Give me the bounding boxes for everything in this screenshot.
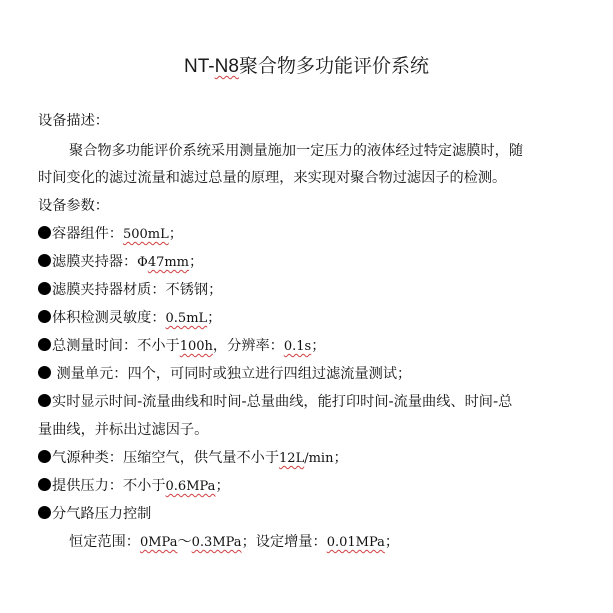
punct: ； bbox=[333, 450, 347, 466]
param-value: 47mm bbox=[148, 255, 189, 270]
param-label: 提供压力： bbox=[52, 478, 123, 494]
param-label: 总测量时间： bbox=[52, 338, 137, 354]
description-line-1: 聚合物多功能评价系统采用测量施加一定压力的液体经过特定滤膜时，随 bbox=[69, 142, 523, 160]
param-container: 容器组件：500mL； bbox=[38, 225, 183, 244]
bullet-icon bbox=[38, 282, 51, 295]
param-text: 压缩空气，供气量不小于 bbox=[123, 450, 279, 466]
param-value-resolution: 0.1s bbox=[284, 339, 311, 354]
param-label: 容器组件： bbox=[52, 226, 123, 242]
bullet-icon bbox=[38, 478, 51, 491]
param-text: ，分辨率： bbox=[213, 338, 284, 354]
param-label: 恒定范围： bbox=[69, 534, 140, 550]
punct: ； bbox=[189, 254, 203, 270]
param-text: 实时显示时间-流量曲线和时间-总量曲线，能打印时间-流量曲线、时间-总 bbox=[52, 394, 512, 410]
param-label: 滤膜夹持器： bbox=[52, 254, 137, 270]
param-label: 测量单元： bbox=[52, 366, 127, 382]
param-pressure: 提供压力：不小于0.6MPa； bbox=[38, 477, 230, 496]
punct: ； bbox=[207, 310, 221, 326]
param-total-time: 总测量时间：不小于100h，分辨率：0.1s； bbox=[38, 337, 325, 356]
param-unit: /min bbox=[304, 451, 333, 466]
param-display-line-2: 量曲线，并标出过滤因子。 bbox=[38, 421, 208, 439]
param-value: 12L bbox=[279, 451, 304, 466]
bullet-icon bbox=[38, 450, 51, 463]
param-range: 恒定范围：0MPa～0.3MPa；设定增量：0.01MPa； bbox=[69, 533, 399, 552]
bullet-icon bbox=[38, 506, 51, 519]
param-text: 不小于 bbox=[123, 478, 166, 494]
bullet-icon bbox=[38, 254, 51, 267]
title-name: 聚合物多功能评价系统 bbox=[239, 56, 429, 77]
param-value: 100h bbox=[180, 339, 213, 354]
punct: ； bbox=[311, 338, 325, 354]
document-title: NT-N8聚合物多功能评价系统 bbox=[0, 51, 613, 78]
param-holder: 滤膜夹持器：Φ47mm； bbox=[38, 253, 203, 272]
params-heading: 设备参数： bbox=[38, 197, 109, 215]
param-holder-material: 滤膜夹持器材质：不锈钢； bbox=[38, 281, 222, 299]
param-label: 体积检测灵敏度： bbox=[52, 310, 166, 326]
range-separator: ～ bbox=[177, 534, 191, 550]
param-value: 0.5mL bbox=[166, 311, 208, 326]
punct: ； bbox=[215, 478, 229, 494]
param-text: 不小于 bbox=[137, 338, 180, 354]
param-branch: 分气路压力控制 bbox=[38, 505, 151, 523]
punct: ； bbox=[385, 534, 399, 550]
param-label: 分气路压力控制 bbox=[52, 506, 151, 522]
bullet-icon bbox=[38, 226, 51, 239]
bullet-icon bbox=[38, 310, 51, 323]
param-label: 滤膜夹持器材质： bbox=[52, 282, 166, 298]
param-value: 500mL bbox=[123, 227, 169, 242]
phi-symbol: Φ bbox=[137, 255, 148, 270]
punct: ； bbox=[169, 226, 183, 242]
title-prefix: NT- bbox=[184, 56, 215, 77]
bullet-icon bbox=[38, 338, 51, 351]
param-value: 不锈钢； bbox=[166, 282, 223, 298]
bullet-icon bbox=[38, 394, 51, 407]
range-min: 0MPa bbox=[140, 535, 178, 550]
description-heading: 设备描述： bbox=[38, 112, 109, 130]
param-display-line-1: 实时显示时间-流量曲线和时间-总量曲线，能打印时间-流量曲线、时间-总 bbox=[38, 393, 512, 411]
param-gas: 气源种类：压缩空气，供气量不小于12L/min； bbox=[38, 449, 348, 468]
range-max: 0.3MPa bbox=[192, 535, 242, 550]
increment-value: 0.01MPa bbox=[327, 535, 385, 550]
param-label: 气源种类： bbox=[52, 450, 123, 466]
param-units: 测量单元：四个，可同时或独立进行四组过滤流量测试； bbox=[38, 365, 411, 383]
param-sensitivity: 体积检测灵敏度：0.5mL； bbox=[38, 309, 221, 328]
title-model: N8 bbox=[215, 56, 239, 77]
bullet-icon bbox=[38, 366, 51, 379]
param-text: ；设定增量： bbox=[242, 534, 327, 550]
description-line-2: 时间变化的滤过流量和滤过总量的原理，来实现对聚合物过滤因子的检测。 bbox=[38, 169, 506, 187]
param-value: 0.6MPa bbox=[166, 479, 216, 494]
param-value: 四个，可同时或独立进行四组过滤流量测试； bbox=[127, 366, 411, 382]
